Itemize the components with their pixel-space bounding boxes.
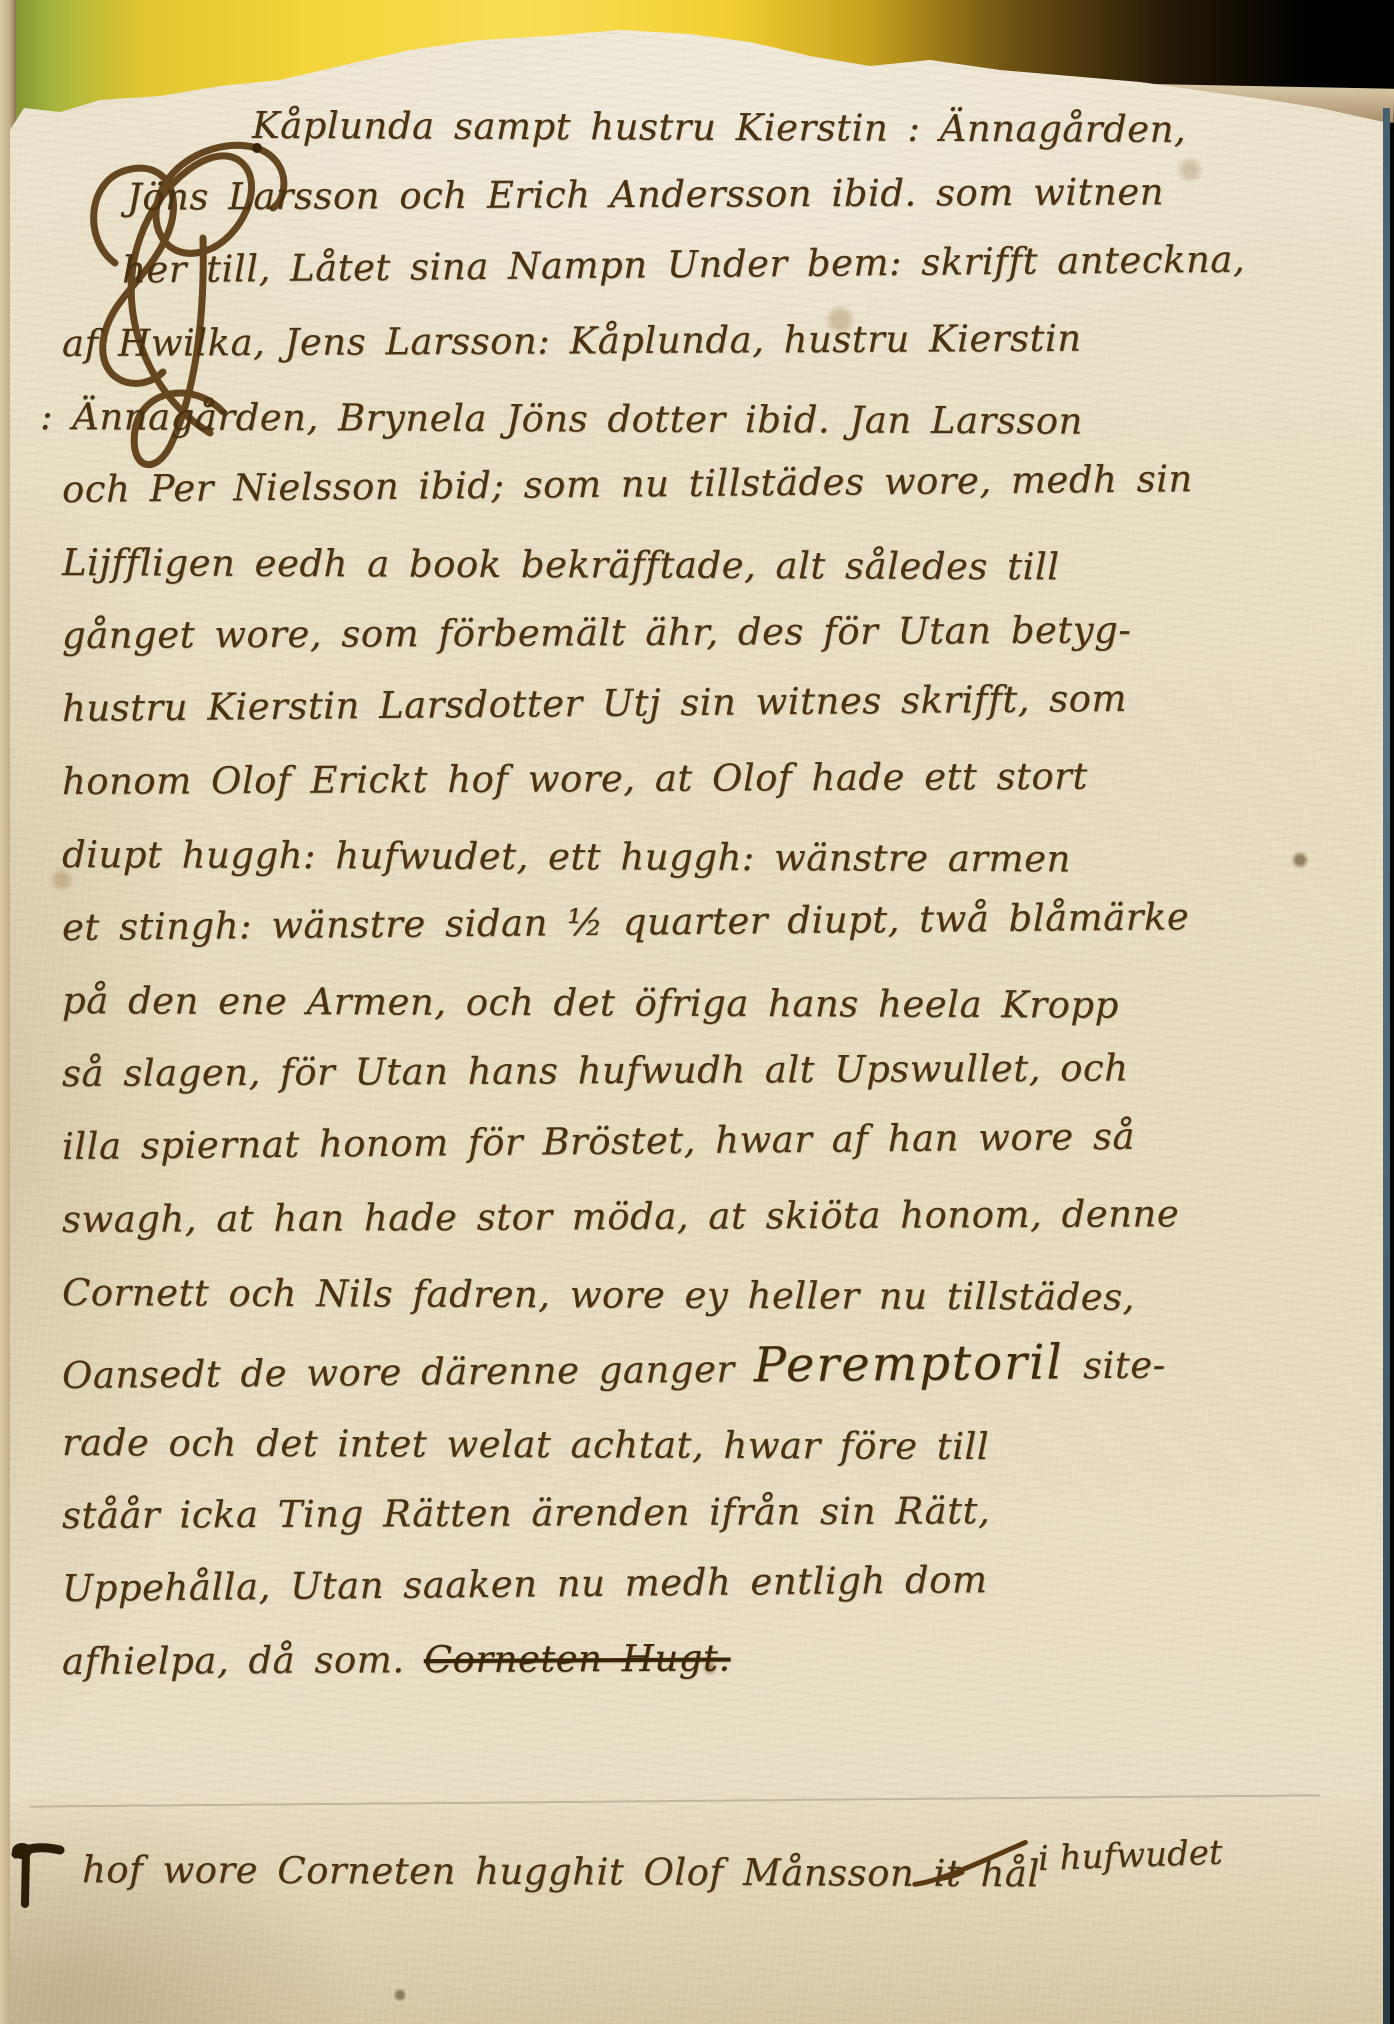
manuscript-line: illa spiernat honom för Bröstet, hwar af…: [62, 1117, 1135, 1168]
line-text: hof wore Corneten hugghit Olof Månsson i…: [82, 1848, 1040, 1895]
manuscript-line: på den ene Armen, och det öfriga hans he…: [62, 981, 1119, 1026]
manuscript-final-line: hof wore Corneten hugghit Olof Månsson i…: [62, 1850, 1040, 1895]
manuscript-line: af Hwilka, Jens Larsson: Kåplunda, hustr…: [62, 319, 1082, 365]
line-text: et stingh: wänstre sidan ½ quarter diupt…: [62, 895, 1190, 949]
line-text: : Ännagården, Brynela Jöns dotter ibid. …: [40, 395, 1083, 443]
manuscript-line: Lijffligen eedh a book bekräfftade, alt …: [62, 543, 1060, 588]
manuscript-line: rade och det intet welat achtat, hwar fö…: [62, 1423, 989, 1468]
manuscript-line: och Per Nielsson ibid; som nu tillstädes…: [62, 459, 1193, 511]
line-text: och Per Nielsson ibid; som nu tillstädes…: [62, 457, 1193, 511]
caret-swash-icon: [909, 1836, 1031, 1888]
line-text: honom Olof Erickt hof wore, at Olof hade…: [62, 755, 1088, 803]
line-text: afhielpa, då som.: [62, 1638, 424, 1683]
manuscript-line: honom Olof Erickt hof wore, at Olof hade…: [62, 757, 1088, 803]
line-text: diupt huggh: hufwudet, ett huggh: wänstr…: [62, 833, 1071, 880]
manuscript-line: så slagen, för Utan hans hufwudh alt Ups…: [62, 1048, 1129, 1094]
manuscript-line: Cornett och Nils fadren, wore ey heller …: [62, 1273, 1135, 1318]
manuscript-line: gånget wore, som förbemält ähr, des för …: [62, 610, 1132, 656]
manuscript-line: swagh, at han hade stor möda, at skiöta …: [62, 1194, 1179, 1241]
manuscript-line: : Ännagården, Brynela Jöns dotter ibid. …: [40, 397, 1083, 442]
manuscript-line: Uppehålla, Utan saaken nu medh entligh d…: [62, 1560, 988, 1610]
line-text: hustru Kierstin Larsdotter Utj sin witne…: [62, 677, 1127, 730]
line-text: Lijffligen eedh a book bekräfftade, alt …: [62, 541, 1060, 588]
line-text: Oansedt de wore därenne ganger: [62, 1347, 754, 1397]
line-text: Jöns Larsson och Erich Andersson ibid. s…: [127, 170, 1164, 218]
manuscript-line: Kåplunda sampt hustru Kierstin : Ännagår…: [62, 105, 1186, 151]
manuscript-line: et stingh: wänstre sidan ½ quarter diupt…: [62, 897, 1190, 949]
line-text: af Hwilka, Jens Larsson: Kåplunda, hustr…: [62, 317, 1082, 365]
line-text: Uppehålla, Utan saaken nu medh entligh d…: [62, 1558, 988, 1610]
line-text: gånget wore, som förbemält ähr, des för …: [62, 608, 1132, 657]
manuscript-line: Oansedt de wore därenne ganger Peremptor…: [62, 1335, 1166, 1398]
line-text: på den ene Armen, och det öfriga hans he…: [62, 979, 1119, 1027]
insertion-text: i hufwudet: [1037, 1833, 1223, 1879]
emphasized-word: Peremptoril: [754, 1334, 1065, 1393]
manuscript-page: Kåplunda sampt hustru Kierstin : Ännagår…: [10, 0, 1384, 2024]
book-edge-strip: [1383, 108, 1390, 2024]
line-text: rade och det intet welat achtat, hwar fö…: [62, 1421, 989, 1468]
line-text: illa spiernat honom för Bröstet, hwar af…: [62, 1115, 1135, 1168]
line-text: Kåplunda sampt hustru Kierstin : Ännagår…: [252, 104, 1186, 151]
line-text: site-: [1064, 1343, 1166, 1387]
manuscript-line: Jöns Larsson och Erich Andersson ibid. s…: [62, 172, 1164, 218]
line-text: ståår icka Ting Rätten ärenden ifrån sin…: [62, 1489, 990, 1537]
manuscript-line: her till, Låtet sina Nampn Under bem: sk…: [62, 240, 1246, 292]
struck-text: Corneten Hugt.: [424, 1636, 731, 1681]
manuscript-scan: Kåplunda sampt hustru Kierstin : Ännagår…: [0, 0, 1394, 2024]
manuscript-line: ståår icka Ting Rätten ärenden ifrån sin…: [62, 1491, 990, 1537]
manuscript-line: hustru Kierstin Larsdotter Utj sin witne…: [62, 679, 1127, 730]
line-text: her till, Låtet sina Nampn Under bem: sk…: [122, 238, 1246, 292]
manuscript-line: diupt huggh: hufwudet, ett huggh: wänstr…: [62, 835, 1071, 880]
line-text: så slagen, för Utan hans hufwudh alt Ups…: [62, 1046, 1129, 1095]
margin-mark-icon: [10, 1838, 68, 1914]
text-block: Kåplunda sampt hustru Kierstin : Ännagår…: [62, 105, 1354, 2005]
line-text: Cornett och Nils fadren, wore ey heller …: [62, 1271, 1135, 1319]
line-text: swagh, at han hade stor möda, at skiöta …: [62, 1192, 1179, 1241]
manuscript-line: afhielpa, då som. Corneten Hugt.: [62, 1638, 731, 1682]
